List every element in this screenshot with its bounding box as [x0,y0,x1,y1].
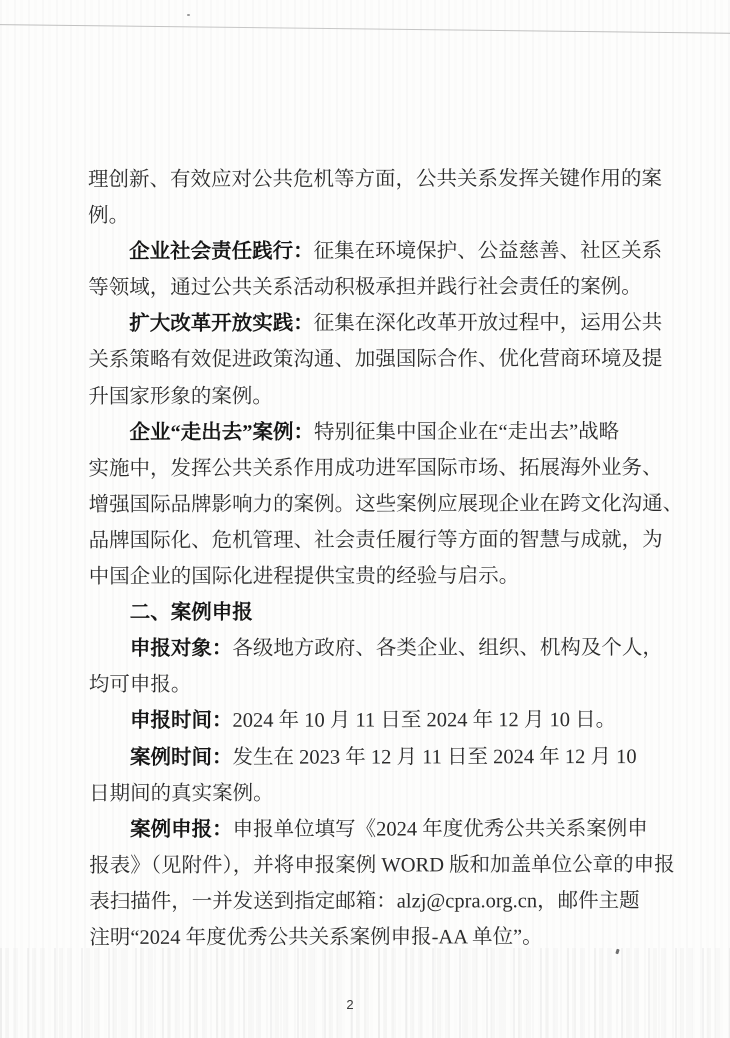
text-run: 各级地方政府、各类企业、组织、机构及个人， [232,637,663,660]
text-line: 企业社会责任践行：征集在环境保护、公益慈善、社区关系 [88,233,678,270]
text-line: 二、案例申报 [89,594,679,631]
document-text: 理创新、有效应对公共危机等方面，公共关系发挥关键作用的案例。企业社会责任践行：征… [88,161,679,956]
text-line: 均可申报。 [89,666,679,703]
text-run: 关系策略有效促进政策沟通、加强国际合作、优化营商环境及提 [88,348,662,371]
text-run: 申报单位填写《2024 年度优秀公共关系案例申 [233,818,648,841]
text-run: 征集在环境保护、公益慈善、社区关系 [314,240,663,263]
text-line: 理创新、有效应对公共危机等方面，公共关系发挥关键作用的案 [88,161,678,198]
scan-speck [187,14,190,16]
text-line: 扩大改革开放实践：征集在深化改革开放过程中，运用公共 [88,305,678,342]
text-run: 特别征集中国企业在“走出去”战略 [314,421,619,444]
text-line: 申报对象：各级地方政府、各类企业、组织、机构及个人， [89,630,679,667]
text-run: 增强国际品牌影响力的案例。这些案例应展现企业在跨文化沟通、 [89,493,684,516]
text-run: 表扫描件，一并发送到指定邮箱：alzj@cpra.org.cn，邮件主题 [89,890,639,913]
text-run: 实施中，发挥公共关系作用成功进军国际市场、拓展海外业务、 [89,457,663,480]
text-run: 均可申报。 [89,674,192,696]
text-run: 升国家形象的案例。 [88,385,273,407]
text-run: 报表》（见附件），并将申报案例 WORD 版和加盖单位公章的申报 [89,854,674,877]
text-run: 注明“2024 年度优秀公共关系案例申报-AA 单位”。 [89,926,542,949]
bold-run: 案例申报： [130,818,233,840]
text-run: 2024 年 10 月 11 日至 2024 年 12 月 10 日。 [232,709,616,732]
scanned-document-page: 理创新、有效应对公共危机等方面，公共关系发挥关键作用的案例。企业社会责任践行：征… [0,0,730,1038]
bold-run: 企业社会责任践行： [129,241,314,263]
text-line: 例。 [88,197,678,234]
text-run: 发生在 2023 年 12 月 11 日至 2024 年 12 月 10 [233,746,637,769]
text-run: 等领域，通过公共关系活动积极承担并践行社会责任的案例。 [88,276,642,299]
bold-run: 申报对象： [130,638,233,660]
text-run: 品牌国际化、危机管理、社会责任履行等方面的智慧与成就，为 [89,529,663,552]
text-run: 理创新、有效应对公共危机等方面，公共关系发挥关键作用的案 [88,168,662,191]
text-line: 注明“2024 年度优秀公共关系案例申报-AA 单位”。 [89,919,679,956]
text-run: 征集在深化改革开放过程中，运用公共 [314,312,663,335]
bold-run: 扩大改革开放实践： [129,313,314,335]
text-line: 表扫描件，一并发送到指定邮箱：alzj@cpra.org.cn，邮件主题 [89,883,679,920]
page-number: 2 [340,997,360,1012]
text-line: 增强国际品牌影响力的案例。这些案例应展现企业在跨文化沟通、 [89,486,679,523]
text-run: 中国企业的国际化进程提供宝贵的经验与启示。 [89,565,520,588]
text-line: 关系策略有效促进政策沟通、加强国际合作、优化营商环境及提 [88,341,678,378]
text-line: 升国家形象的案例。 [88,378,678,415]
bold-run: 二、案例申报 [130,602,253,624]
text-line: 申报时间：2024 年 10 月 11 日至 2024 年 12 月 10 日。 [89,702,679,739]
text-line: 实施中，发挥公共关系作用成功进军国际市场、拓展海外业务、 [89,450,679,487]
text-run: 日期间的真实案例。 [89,782,274,804]
text-line: 日期间的真实案例。 [89,775,679,812]
scan-artifact-line [0,24,730,34]
text-line: 品牌国际化、危机管理、社会责任履行等方面的智慧与成就，为 [89,522,679,559]
text-line: 报表》（见附件），并将申报案例 WORD 版和加盖单位公章的申报 [89,847,679,884]
bold-run: 申报时间： [130,710,233,732]
bold-run: 企业“走出去”案例： [129,421,314,443]
text-run: 例。 [88,205,129,227]
scan-streak-band [0,948,730,1038]
text-line: 案例申报：申报单位填写《2024 年度优秀公共关系案例申 [89,811,679,848]
text-line: 等领域，通过公共关系活动积极承担并践行社会责任的案例。 [88,269,678,306]
text-line: 企业“走出去”案例：特别征集中国企业在“走出去”战略 [88,414,678,451]
bold-run: 案例时间： [130,746,233,768]
text-line: 中国企业的国际化进程提供宝贵的经验与启示。 [89,558,679,595]
text-line: 案例时间：发生在 2023 年 12 月 11 日至 2024 年 12 月 1… [89,738,679,775]
